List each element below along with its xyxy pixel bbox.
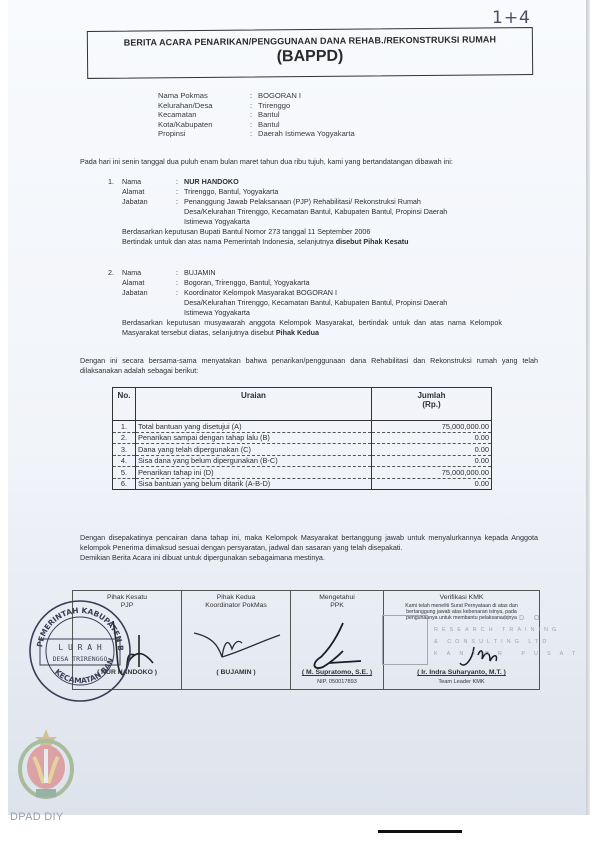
table-row: 4.Sisa dana yang belum dipergunakan (B-C… [113,455,492,467]
table-row: 2.Penarikan sampai dengan tahap lalu (B)… [113,432,492,444]
party-2: 2.Nama:BUJAMIN Alamat:Bogoran, Trirenggo… [108,268,504,338]
agreement-paragraph: Dengan ini secara bersama-sama menyataka… [80,356,538,376]
cell-amount: 75,000,000.00 [372,467,492,479]
cell-amount: 0.00 [372,444,492,456]
cell-no: 1. [113,421,136,433]
handwritten-page-number: 1+4 [492,8,531,28]
stamp-center-1: L U R A H [58,643,102,652]
cell-amount: 75,000,000.00 [372,421,492,433]
cell-no: 2. [113,432,136,444]
cell-no: 6. [113,478,136,490]
stamp-center-2: DESA TRIRENGGO [53,655,108,663]
cell-description: Dana yang telah dipergunakan (C) [136,444,372,456]
cell-no: 3. [113,444,136,456]
village-head-stamp: PEMERINTAH KABUPATEN BANTUL KECAMATAN BA… [26,597,134,705]
cell-description: Penarikan sampai dengan tahap lalu (B) [136,432,372,444]
cell-amount: 0.00 [372,478,492,490]
cell-description: Sisa bantuan yang belum ditarik (A-B-D) [136,478,372,490]
pokmas-info: Nama Pokmas:BOGORAN I Kelurahan/Desa:Tri… [158,91,355,139]
table-row: 3.Dana yang telah dipergunakan (C)0.00 [113,444,492,456]
table-row: 5.Penarikan tahap ini (D)75,000,000.00 [113,467,492,479]
col-description: Uraian [136,388,372,421]
info-row: Kelurahan/Desa:Trirenggo [158,101,355,111]
document-title-box: BERITA ACARA PENARIKAN/PENGGUNAAN DANA R… [87,27,533,79]
col-no: No. [113,388,136,421]
cell-description: Sisa dana yang belum dipergunakan (B-C) [136,455,372,467]
cell-no: 4. [113,455,136,467]
cell-description: Total bantuan yang disetujui (A) [136,421,372,433]
signature-pihak-kedua: Pihak KeduaKoordinator PokMas ( BUJAMIN … [182,591,291,689]
cell-no: 5. [113,467,136,479]
party-2-designation: Pihak Kedua [276,328,319,337]
party-1: 1.Nama:NUR HANDOKO Alamat:Trirenggo, Ban… [108,177,504,247]
consultant-stamp: N D O RESEARCH TRAINING & CONSULTING LTD… [378,613,554,665]
document-abbreviation: (BAPPD) [88,46,532,68]
table-row: 6.Sisa bantuan yang belum ditarik (A-B-D… [113,478,492,490]
table-header-row: No. Uraian Jumlah(Rp.) [113,388,492,421]
province-emblem-icon [14,727,78,803]
cell-amount: 0.00 [372,432,492,444]
info-row: Propinsi:Daerah Istimewa Yogyakarta [158,129,355,139]
page-scroll-indicator[interactable] [378,830,462,833]
party-1-name: NUR HANDOKO [184,177,504,187]
closing-paragraph: Dengan disepakatinya pencairan dana taha… [80,533,538,563]
intro-paragraph: Pada hari ini senin tanggal dua puluh en… [80,157,453,167]
page-edge [586,0,590,815]
cell-description: Penarikan tahap ini (D) [136,467,372,479]
info-row: Kecamatan:Bantul [158,110,355,120]
info-row: Kota/Kabupaten:Bantul [158,120,355,130]
signature-mengetahui: MengetahuiPPK ( M. Supratomo, S.E. ) NIP… [291,591,384,689]
col-amount: Jumlah(Rp.) [372,388,492,421]
party-2-name: BUJAMIN [184,268,504,278]
brand-label: DPAD DIY [10,811,64,823]
fund-table: No. Uraian Jumlah(Rp.) 1.Total bantuan y… [112,387,492,490]
cell-amount: 0.00 [372,455,492,467]
info-row: Nama Pokmas:BOGORAN I [158,91,355,101]
party-1-designation: disebut Pihak Kesatu [336,237,409,246]
table-row: 1.Total bantuan yang disetujui (A)75,000… [113,421,492,433]
